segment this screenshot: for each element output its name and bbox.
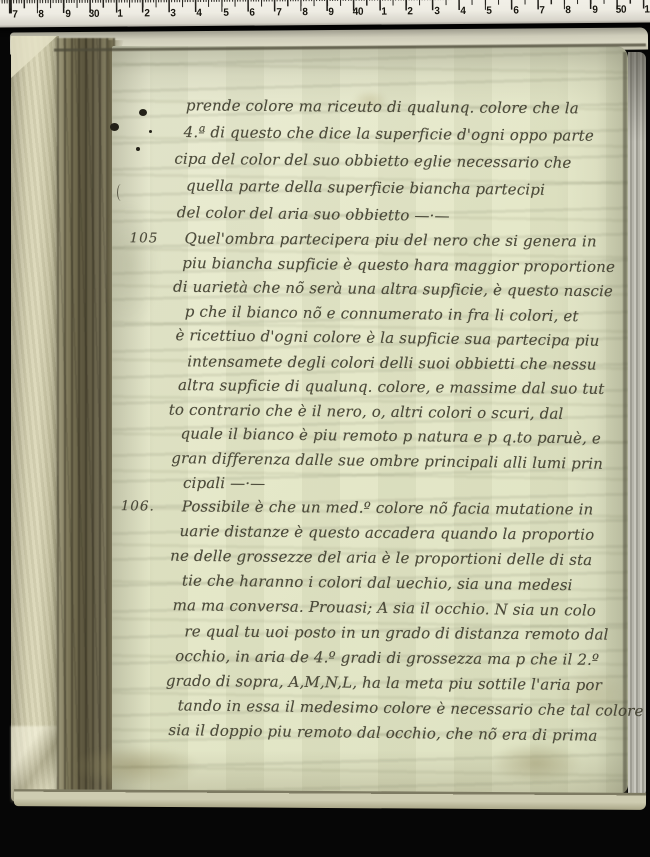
- manuscript-line: ne delle grossezze del aria è le proport…: [170, 549, 592, 568]
- manuscript-line: cipali —·—: [183, 476, 265, 492]
- manuscript-line: altra supficie di qualunq. colore, e mas…: [178, 378, 605, 397]
- manuscript-line: 4.ª di questo che dice la superficie d'o…: [184, 125, 594, 144]
- section-number: 105: [129, 232, 158, 246]
- manuscript-line: prende colore ma riceuto di qualunq. col…: [186, 98, 579, 116]
- manuscript-line: cipa del color del suo obbietto eglie ne…: [174, 152, 571, 171]
- manuscript-line: ma ma conversa. Prouasi; A sia il occhio…: [173, 598, 597, 619]
- manuscript-line: intensamete degli colori delli suoi obbi…: [187, 354, 597, 372]
- photograph-canvas: 7893012345678940123456789501 ( prende co…: [0, 0, 650, 857]
- manuscript-line: to contrario che è il nero, o, altri col…: [169, 402, 564, 421]
- manuscript-line: di uarietà che nõ serà una altra supfici…: [173, 280, 613, 300]
- manuscript-line: Quel'ombra partecipera piu del nero che …: [184, 231, 596, 249]
- manuscript-line: del color del aria suo obbietto —·—: [177, 205, 450, 224]
- manuscript-line: Possibile è che un med.º colore nõ facia…: [182, 499, 594, 517]
- manuscript-line: tando in essa il medesimo colore è neces…: [178, 698, 644, 719]
- manuscript-line: piu biancha supficie è questo hara maggi…: [182, 256, 615, 275]
- manuscript-line: p che il bianco nõ e connumerato in fra …: [185, 304, 579, 324]
- manuscript-line: occhio, in aria de 4.º gradi di grossezz…: [175, 649, 599, 668]
- manuscript-line: uarie distanze è questo accadera quando …: [179, 524, 594, 543]
- manuscript-line: è ricettiuo d'ogni colore è la supficie …: [175, 328, 599, 349]
- manuscript-line: tie che haranno i colori dal uechio, sia…: [182, 573, 573, 593]
- manuscript-line: quale il bianco è piu remoto p natura e …: [180, 426, 601, 446]
- section-number: 106.: [121, 500, 155, 514]
- manuscript-text-block: prende colore ma riceuto di qualunq. col…: [0, 0, 650, 857]
- manuscript-line: grado di sopra, A,M,N,L, ha la meta piu …: [166, 674, 602, 694]
- manuscript-line: sia il doppio piu remoto dal occhio, che…: [168, 723, 597, 744]
- manuscript-line: gran differenza dalle sue ombre principa…: [171, 451, 603, 472]
- manuscript-line: re qual tu uoi posto in un grado di dist…: [184, 624, 608, 642]
- manuscript-line: quella parte della superficie biancha pa…: [186, 179, 545, 198]
